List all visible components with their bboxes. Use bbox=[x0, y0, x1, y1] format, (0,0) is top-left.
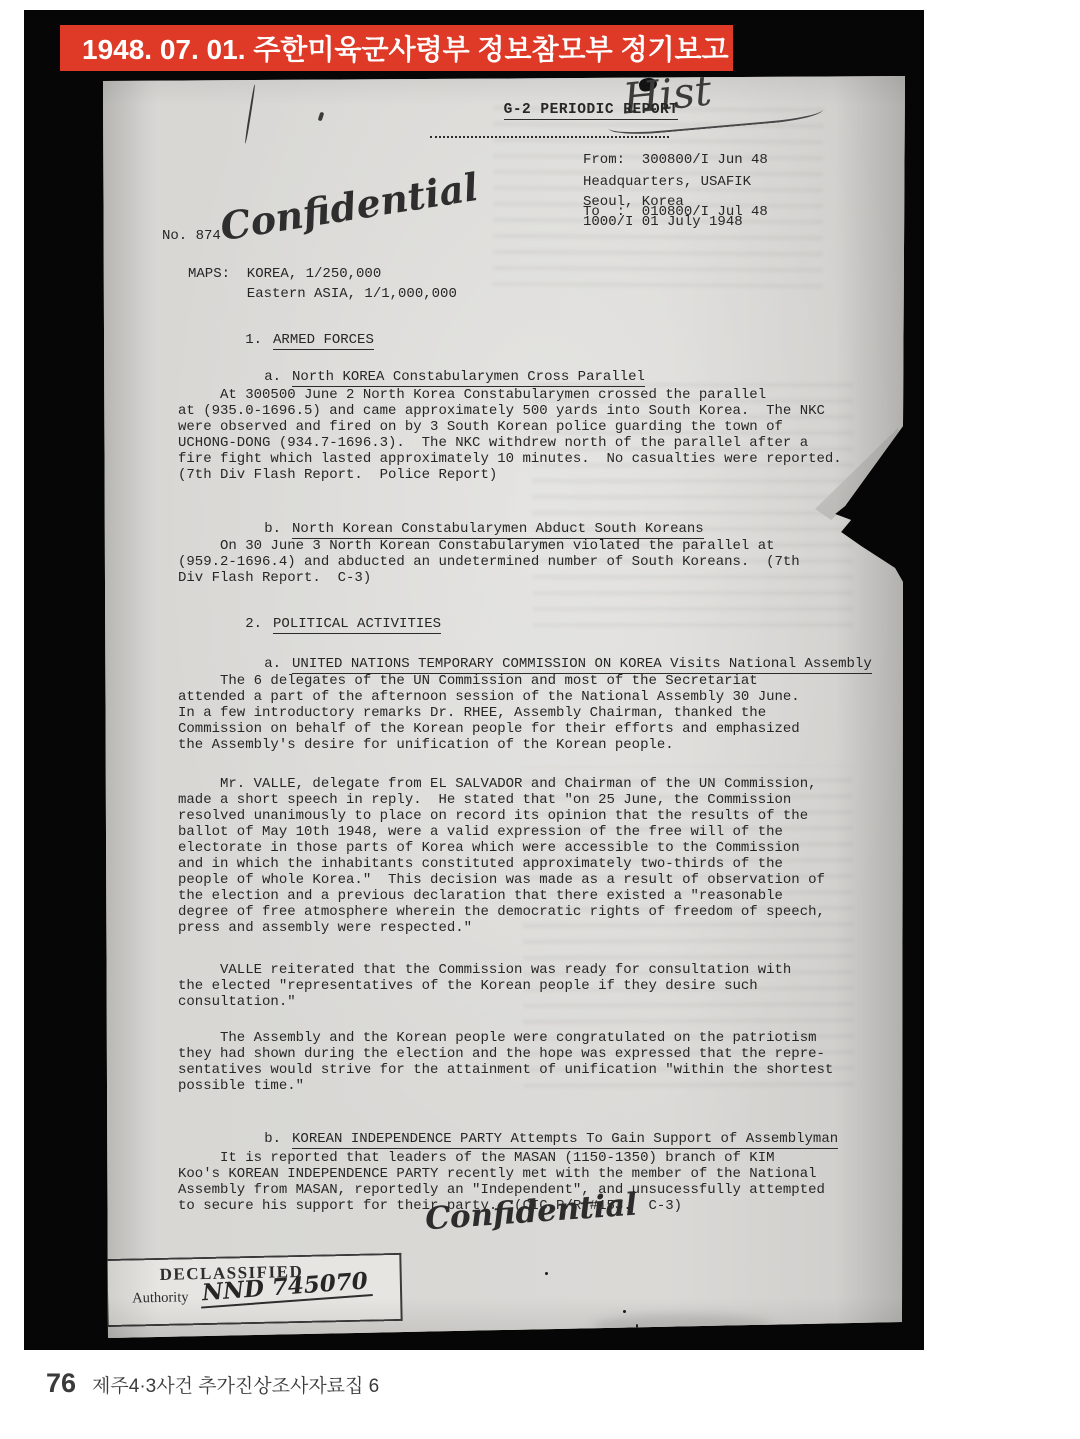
pen-tick-mark bbox=[318, 112, 325, 122]
section-1b-title: North Korean Constabularymen Abduct Sout… bbox=[292, 521, 704, 539]
section-1-number: 1. bbox=[245, 332, 262, 348]
section-1b-number: b. bbox=[264, 521, 281, 537]
scanned-photo-area: 1948. 07. 01. 주한미육군사령부 정보참모부 정기보고 Hist G… bbox=[24, 10, 924, 1350]
section-2-title: POLITICAL ACTIVITIES bbox=[273, 616, 441, 634]
banner: 1948. 07. 01. 주한미육군사령부 정보참모부 정기보고 bbox=[60, 25, 733, 71]
banner-title: 1948. 07. 01. 주한미육군사령부 정보참모부 정기보고 bbox=[60, 28, 729, 68]
speck bbox=[603, 1334, 605, 1336]
section-1a-number: a. bbox=[264, 369, 281, 385]
page: 1948. 07. 01. 주한미육군사령부 정보참모부 정기보고 Hist G… bbox=[0, 0, 1080, 1439]
speck bbox=[455, 1338, 458, 1341]
period-from: From: 300800/I Jun 48 bbox=[583, 152, 768, 168]
maps-block: MAPS: KOREA, 1/250,000 Eastern ASIA, 1/1… bbox=[188, 264, 457, 304]
speck bbox=[623, 1310, 626, 1313]
paragraph-1a: At 300500 June 2 North Korea Constabular… bbox=[178, 387, 842, 483]
speck bbox=[545, 1272, 548, 1275]
paragraph-2a-1: The 6 delegates of the UN Commission and… bbox=[178, 673, 800, 753]
smudge-mark bbox=[593, 1314, 773, 1340]
report-title-text: G-2 PERIODIC REPORT bbox=[504, 102, 679, 120]
section-2a-title: UNITED NATIONS TEMPORARY COMMISSION ON K… bbox=[292, 656, 872, 674]
issuer-block: Headquarters, USAFIKSeoul, Korea1000/I 0… bbox=[583, 172, 751, 232]
footer-page-number: 76 bbox=[46, 1368, 76, 1399]
speck bbox=[663, 1334, 667, 1337]
section-2b-number: b. bbox=[264, 1131, 281, 1147]
footer-book-title: 제주4·3사건 추가진상조사자료집 6 bbox=[92, 1371, 379, 1398]
section-1a-title: North KOREA Constabularymen Cross Parall… bbox=[292, 369, 645, 387]
pen-stroke-mark bbox=[244, 84, 256, 144]
report-number: No. 874 bbox=[162, 228, 221, 244]
paragraph-2a-3: VALLE reiterated that the Commission was… bbox=[178, 962, 791, 1010]
speck bbox=[721, 1328, 724, 1330]
declassified-stamp: DECLASSIFIED Authority NND 745070 bbox=[102, 1253, 402, 1327]
section-2-number: 2. bbox=[245, 616, 262, 632]
declassified-stamp-authority-label: Authority bbox=[132, 1289, 189, 1307]
handwritten-confidential-top: Confidential bbox=[217, 164, 481, 249]
book-footer: 76 제주4·3사건 추가진상조사자료집 6 bbox=[46, 1368, 379, 1399]
section-2a-number: a. bbox=[264, 656, 281, 672]
document-paper: Hist G-2 PERIODIC REPORT From: 300800/I … bbox=[103, 76, 905, 1342]
paragraph-2a-2: Mr. VALLE, delegate from EL SALVADOR and… bbox=[178, 776, 825, 936]
section-1-title: ARMED FORCES bbox=[273, 332, 374, 350]
speck bbox=[636, 1324, 638, 1328]
paragraph-2a-4: The Assembly and the Korean people were … bbox=[178, 1030, 833, 1094]
paragraph-1b: On 30 June 3 North Korean Constabularyme… bbox=[178, 538, 800, 586]
section-2b-title: KOREAN INDEPENDENCE PARTY Attempts To Ga… bbox=[292, 1131, 838, 1149]
